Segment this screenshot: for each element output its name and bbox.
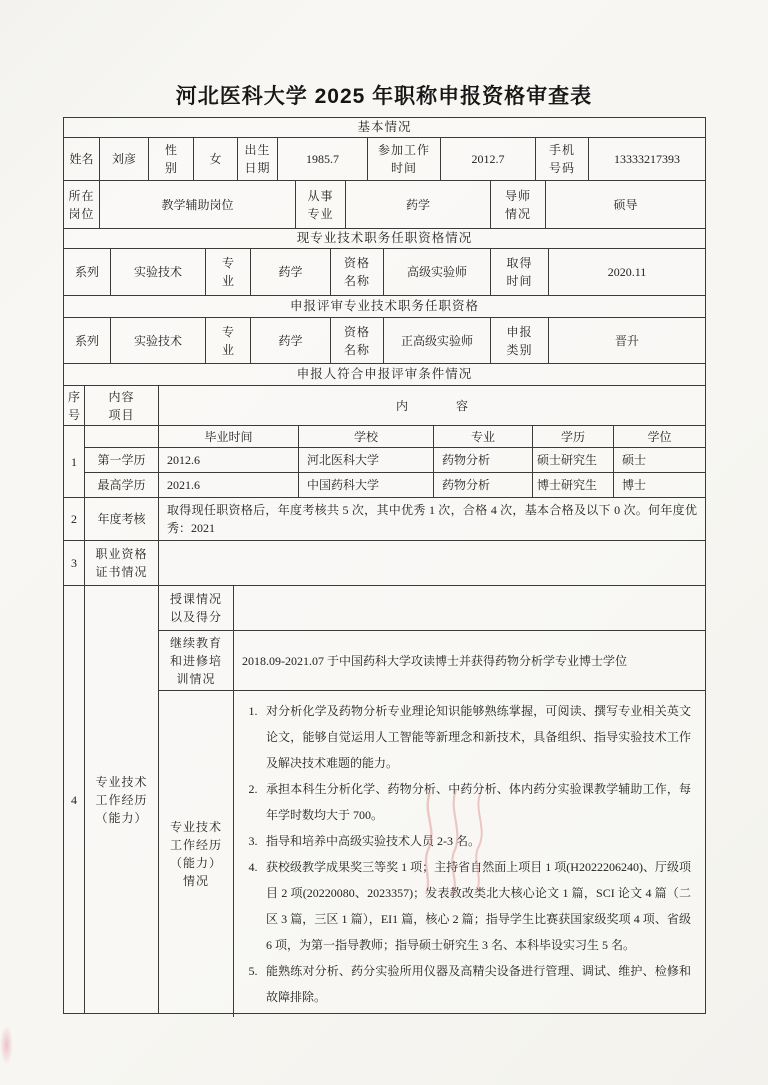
experience-item-text: 对分析化学及药物分析专业理论知识能够熟练掌握，可阅读、撰写专业相关英文论文，能够… bbox=[266, 698, 693, 776]
education-highest-label: 最高学历 bbox=[85, 473, 159, 497]
education-highest-row: 最高学历 2021.6 中国药科大学 药物分析 博士研究生 博士 bbox=[85, 473, 705, 497]
education-first-label: 第一学历 bbox=[85, 448, 159, 472]
current-major-value: 药学 bbox=[251, 249, 331, 295]
experience-item: 2. 承担本科生分析化学、药物分析、中药分析、体内药分实验课教学辅助工作，每年学… bbox=[240, 776, 693, 828]
apply-qual-row: 系列 实验技术 专业 药学 资格名称 正高级实验师 申报类别 晋升 bbox=[64, 318, 705, 364]
current-series-value: 实验技术 bbox=[111, 249, 206, 295]
phone-label: 手机号码 bbox=[536, 138, 589, 180]
col-serial-header: 序号 bbox=[64, 386, 85, 425]
section-current-qual-header: 现专业技术职务任职资格情况 bbox=[64, 229, 705, 248]
birth-date-value: 1985.7 bbox=[278, 138, 368, 180]
experience-item-number: 4. bbox=[240, 854, 266, 958]
experience-content: 1. 对分析化学及药物分析专业理论知识能够熟练掌握，可阅读、撰写专业相关英文论文… bbox=[234, 691, 705, 1017]
education-first-row: 第一学历 2012.6 河北医科大学 药物分析 硕士研究生 硕士 bbox=[85, 448, 705, 473]
apply-title-value: 正高级实验师 bbox=[384, 318, 491, 363]
teaching-content bbox=[234, 586, 705, 630]
gender-value: 女 bbox=[194, 138, 238, 180]
education-header-spacer bbox=[85, 426, 159, 447]
current-major-label: 专业 bbox=[206, 249, 251, 295]
education-header-school: 学校 bbox=[299, 426, 434, 447]
current-series-label: 系列 bbox=[64, 249, 111, 295]
experience-item-text: 指导和培养中高级实验技术人员 2-3 名。 bbox=[266, 828, 693, 854]
experience-item-number: 3. bbox=[240, 828, 266, 854]
work-serial: 4 bbox=[64, 586, 85, 1013]
education-first-degree: 硕士 bbox=[614, 448, 705, 472]
certificate-label: 职业资格证书情况 bbox=[85, 541, 159, 585]
apply-major-value: 药学 bbox=[251, 318, 331, 363]
section-apply-qual-header: 申报评审专业技术职务任职资格 bbox=[64, 296, 705, 317]
post-row: 所在岗位 教学辅助岗位 从事专业 药学 导师情况 硕导 bbox=[64, 181, 705, 229]
work-start-value: 2012.7 bbox=[441, 138, 536, 180]
education-header-level: 学历 bbox=[533, 426, 614, 447]
section-basic-header: 基本情况 bbox=[64, 118, 705, 137]
post-value: 教学辅助岗位 bbox=[100, 181, 296, 228]
name-label: 姓名 bbox=[64, 138, 100, 180]
education-header-major: 专业 bbox=[434, 426, 533, 447]
form-title: 河北医科大学 2025 年职称申报资格审查表 bbox=[0, 80, 768, 110]
current-title-label: 资格名称 bbox=[331, 249, 384, 295]
education-highest-degree: 博士 bbox=[614, 473, 705, 497]
apply-series-label: 系列 bbox=[64, 318, 111, 363]
section-conditions-header-row: 申报人符合申报评审条件情况 bbox=[64, 364, 705, 386]
section-current-qual-header-row: 现专业技术职务任职资格情况 bbox=[64, 229, 705, 249]
work-major-value: 药学 bbox=[346, 181, 491, 228]
work-start-label: 参加工作时间 bbox=[368, 138, 441, 180]
annual-label: 年度考核 bbox=[85, 498, 159, 540]
current-obtain-value: 2020.11 bbox=[549, 249, 705, 295]
section-conditions-header: 申报人符合申报评审条件情况 bbox=[64, 364, 705, 385]
col-item-header: 内容项目 bbox=[85, 386, 159, 425]
education-first-time: 2012.6 bbox=[159, 448, 299, 472]
section-basic-header-row: 基本情况 bbox=[64, 118, 705, 138]
main-table: 基本情况 姓名 刘彦 性别 女 出生日期 1985.7 参加工作时间 2012.… bbox=[63, 117, 706, 1014]
experience-item: 5. 能熟练对分析、药分实验所用仪器及高精尖设备进行管理、调试、维护、检修和故障… bbox=[240, 958, 693, 1010]
education-table: 毕业时间 学校 专业 学历 学位 第一学历 2012.6 河北医科大学 药物分析… bbox=[85, 426, 705, 497]
experience-row: 专业技术工作经历（能力）情况 1. 对分析化学及药物分析专业理论知识能够熟练掌握… bbox=[159, 691, 705, 1017]
current-obtain-label: 取得时间 bbox=[491, 249, 549, 295]
annual-serial: 2 bbox=[64, 498, 85, 540]
education-highest-school: 中国药科大学 bbox=[299, 473, 434, 497]
education-header-row: 毕业时间 学校 专业 学历 学位 bbox=[85, 426, 705, 448]
conditions-col-header-row: 序号 内容项目 内 容 bbox=[64, 386, 705, 426]
work-label: 专业技术工作经历（能力） bbox=[85, 586, 159, 1013]
post-label: 所在岗位 bbox=[64, 181, 100, 228]
apply-category-label: 申报类别 bbox=[491, 318, 549, 363]
education-highest-time: 2021.6 bbox=[159, 473, 299, 497]
education-first-level: 硕士研究生 bbox=[533, 448, 614, 472]
experience-item-text: 获校级教学成果奖三等奖 1 项；主持省自然面上项目 1 项(H202220624… bbox=[266, 854, 693, 958]
experience-item-text: 能熟练对分析、药分实验所用仪器及高精尖设备进行管理、调试、维护、检修和故障排除。 bbox=[266, 958, 693, 1010]
teaching-label: 授课情况以及得分 bbox=[159, 586, 234, 630]
birth-date-label: 出生日期 bbox=[238, 138, 278, 180]
gender-label: 性别 bbox=[149, 138, 194, 180]
experience-item: 3. 指导和培养中高级实验技术人员 2-3 名。 bbox=[240, 828, 693, 854]
continuing-education-row: 继续教育和进修培训情况 2018.09-2021.07 于中国药科大学攻读博士并… bbox=[159, 631, 705, 691]
teaching-row: 授课情况以及得分 bbox=[159, 586, 705, 631]
annual-content: 取得现任职资格后，年度考核共 5 次，其中优秀 1 次，合格 4 次，基本合格及… bbox=[159, 498, 705, 540]
education-first-major: 药物分析 bbox=[434, 448, 533, 472]
mentor-value: 硕导 bbox=[546, 181, 705, 228]
apply-major-label: 专业 bbox=[206, 318, 251, 363]
basic-info-row: 姓名 刘彦 性别 女 出生日期 1985.7 参加工作时间 2012.7 手机号… bbox=[64, 138, 705, 181]
education-header-degree: 学位 bbox=[614, 426, 705, 447]
certificate-serial: 3 bbox=[64, 541, 85, 585]
experience-label: 专业技术工作经历（能力）情况 bbox=[159, 691, 234, 1017]
col-content-header: 内 容 bbox=[159, 386, 705, 425]
certificate-content bbox=[159, 541, 705, 585]
annual-assessment-row: 2 年度考核 取得现任职资格后，年度考核共 5 次，其中优秀 1 次，合格 4 … bbox=[64, 498, 705, 541]
education-block-row: 1 毕业时间 学校 专业 学历 学位 第一学历 2012.6 河北医科大学 药物… bbox=[64, 426, 705, 498]
education-header-time: 毕业时间 bbox=[159, 426, 299, 447]
certificate-row: 3 职业资格证书情况 bbox=[64, 541, 705, 586]
education-highest-major: 药物分析 bbox=[434, 473, 533, 497]
mentor-label: 导师情况 bbox=[491, 181, 546, 228]
name-value: 刘彦 bbox=[100, 138, 149, 180]
continuing-education-label: 继续教育和进修培训情况 bbox=[159, 631, 234, 690]
current-qual-row: 系列 实验技术 专业 药学 资格名称 高级实验师 取得时间 2020.11 bbox=[64, 249, 705, 296]
work-major-label: 从事专业 bbox=[296, 181, 346, 228]
education-highest-level: 博士研究生 bbox=[533, 473, 614, 497]
experience-item-number: 1. bbox=[240, 698, 266, 776]
experience-item-text: 承担本科生分析化学、药物分析、中药分析、体内药分实验课教学辅助工作，每年学时数均… bbox=[266, 776, 693, 828]
phone-value: 13333217393 bbox=[589, 138, 705, 180]
section-apply-qual-header-row: 申报评审专业技术职务任职资格 bbox=[64, 296, 705, 318]
education-serial: 1 bbox=[64, 426, 85, 497]
scan-smudge bbox=[0, 1025, 13, 1065]
experience-list: 1. 对分析化学及药物分析专业理论知识能够熟练掌握，可阅读、撰写专业相关英文论文… bbox=[236, 692, 703, 1016]
work-sub-table: 授课情况以及得分 继续教育和进修培训情况 2018.09-2021.07 于中国… bbox=[159, 586, 705, 1013]
experience-item: 4. 获校级教学成果奖三等奖 1 项；主持省自然面上项目 1 项(H202220… bbox=[240, 854, 693, 958]
scanned-form-page: 河北医科大学 2025 年职称申报资格审查表 基本情况 姓名 刘彦 性别 女 出… bbox=[0, 0, 768, 1085]
experience-item-number: 5. bbox=[240, 958, 266, 1010]
education-first-school: 河北医科大学 bbox=[299, 448, 434, 472]
apply-category-value: 晋升 bbox=[549, 318, 705, 363]
current-title-value: 高级实验师 bbox=[384, 249, 491, 295]
experience-item-number: 2. bbox=[240, 776, 266, 828]
experience-item: 1. 对分析化学及药物分析专业理论知识能够熟练掌握，可阅读、撰写专业相关英文论文… bbox=[240, 698, 693, 776]
apply-title-label: 资格名称 bbox=[331, 318, 384, 363]
continuing-education-content: 2018.09-2021.07 于中国药科大学攻读博士并获得药物分析学专业博士学… bbox=[234, 631, 705, 690]
work-experience-block-row: 4 专业技术工作经历（能力） 授课情况以及得分 继续教育和进修培训情况 2018… bbox=[64, 586, 705, 1013]
apply-series-value: 实验技术 bbox=[111, 318, 206, 363]
